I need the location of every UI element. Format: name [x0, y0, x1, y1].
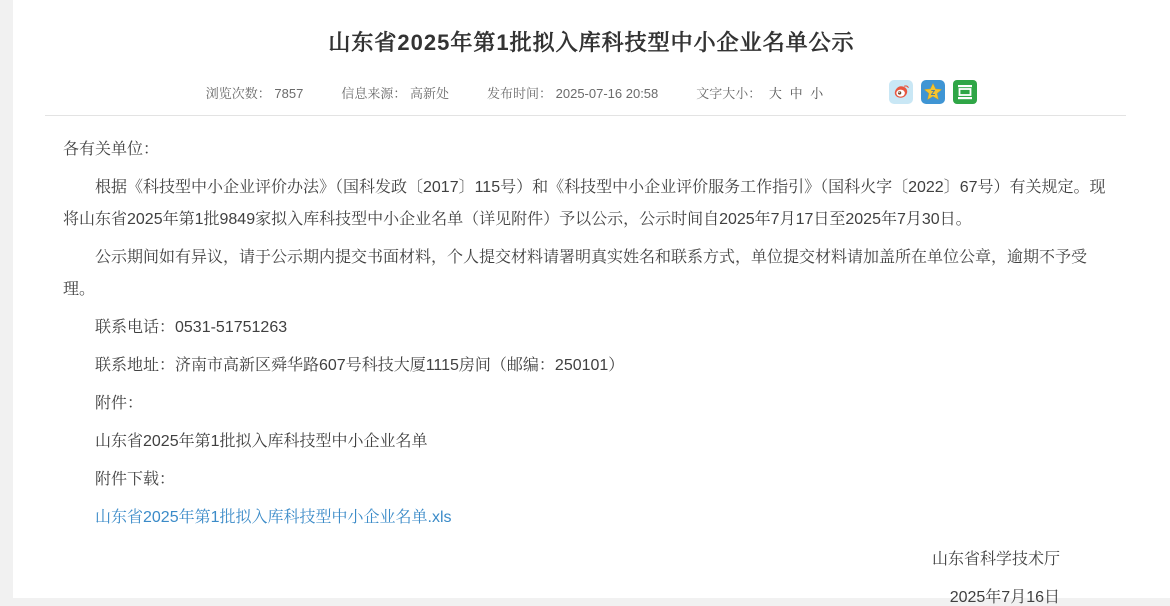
signature-date: 2025年7月16日 — [63, 582, 1060, 606]
attachment-download-link[interactable]: 山东省2025年第1批拟入库科技型中小企业名单.xls — [95, 509, 452, 526]
share-icons: Z — [889, 80, 977, 104]
contact-address: 联系地址：济南市高新区舜华路607号科技大厦1115房间（邮编：250101） — [63, 350, 1118, 382]
contact-phone: 联系电话：0531-51751263 — [63, 312, 1118, 344]
salutation: 各有关单位： — [63, 134, 1118, 166]
publish-time: 发布时间： 2025-07-16 20:58 — [487, 83, 658, 102]
view-count-label: 浏览次数： — [206, 86, 271, 101]
paragraph-objection: 公示期间如有异议，请于公示期内提交书面材料，个人提交材料请署明真实姓名和联系方式… — [63, 242, 1118, 306]
paragraph-basis: 根据《科技型中小企业评价办法》（国科发政〔2017〕115号）和《科技型中小企业… — [63, 172, 1118, 236]
article-body: 各有关单位： 根据《科技型中小企业评价办法》（国科发政〔2017〕115号）和《… — [13, 116, 1170, 606]
info-source: 信息来源： 高新处 — [341, 83, 449, 102]
info-source-value: 高新处 — [410, 86, 449, 101]
fontsize-large-button[interactable]: 大 — [769, 86, 782, 101]
attachment-label: 附件： — [63, 388, 1118, 420]
publish-time-label: 发布时间： — [487, 86, 552, 101]
view-count: 浏览次数： 7857 — [206, 83, 304, 102]
signature-block: 山东省科学技术厅 2025年7月16日 — [63, 544, 1118, 606]
attachment-name: 山东省2025年第1批拟入库科技型中小企业名单 — [63, 426, 1118, 458]
view-count-value: 7857 — [274, 86, 303, 101]
fontsize-label: 文字大小： — [696, 86, 761, 101]
page-title: 山东省2025年第1批拟入库科技型中小企业名单公示 — [13, 26, 1170, 57]
douban-icon[interactable] — [953, 80, 977, 104]
svg-text:Z: Z — [931, 90, 936, 97]
qzone-icon[interactable]: Z — [921, 80, 945, 104]
fontsize-control: 文字大小： 大 中 小 — [696, 83, 823, 102]
fontsize-small-button[interactable]: 小 — [810, 86, 823, 101]
signature-org: 山东省科学技术厅 — [63, 544, 1060, 576]
info-source-label: 信息来源： — [341, 86, 406, 101]
meta-bar: 浏览次数： 7857 信息来源： 高新处 发布时间： 2025-07-16 20… — [13, 79, 1170, 105]
publish-time-value: 2025-07-16 20:58 — [556, 86, 659, 101]
download-link-line: 山东省2025年第1批拟入库科技型中小企业名单.xls — [63, 502, 1118, 534]
article-header: 山东省2025年第1批拟入库科技型中小企业名单公示 浏览次数： 7857 信息来… — [13, 0, 1170, 116]
download-label: 附件下载： — [63, 464, 1118, 496]
weibo-icon[interactable] — [889, 80, 913, 104]
fontsize-medium-button[interactable]: 中 — [790, 86, 803, 101]
article-card: 山东省2025年第1批拟入库科技型中小企业名单公示 浏览次数： 7857 信息来… — [13, 0, 1170, 598]
